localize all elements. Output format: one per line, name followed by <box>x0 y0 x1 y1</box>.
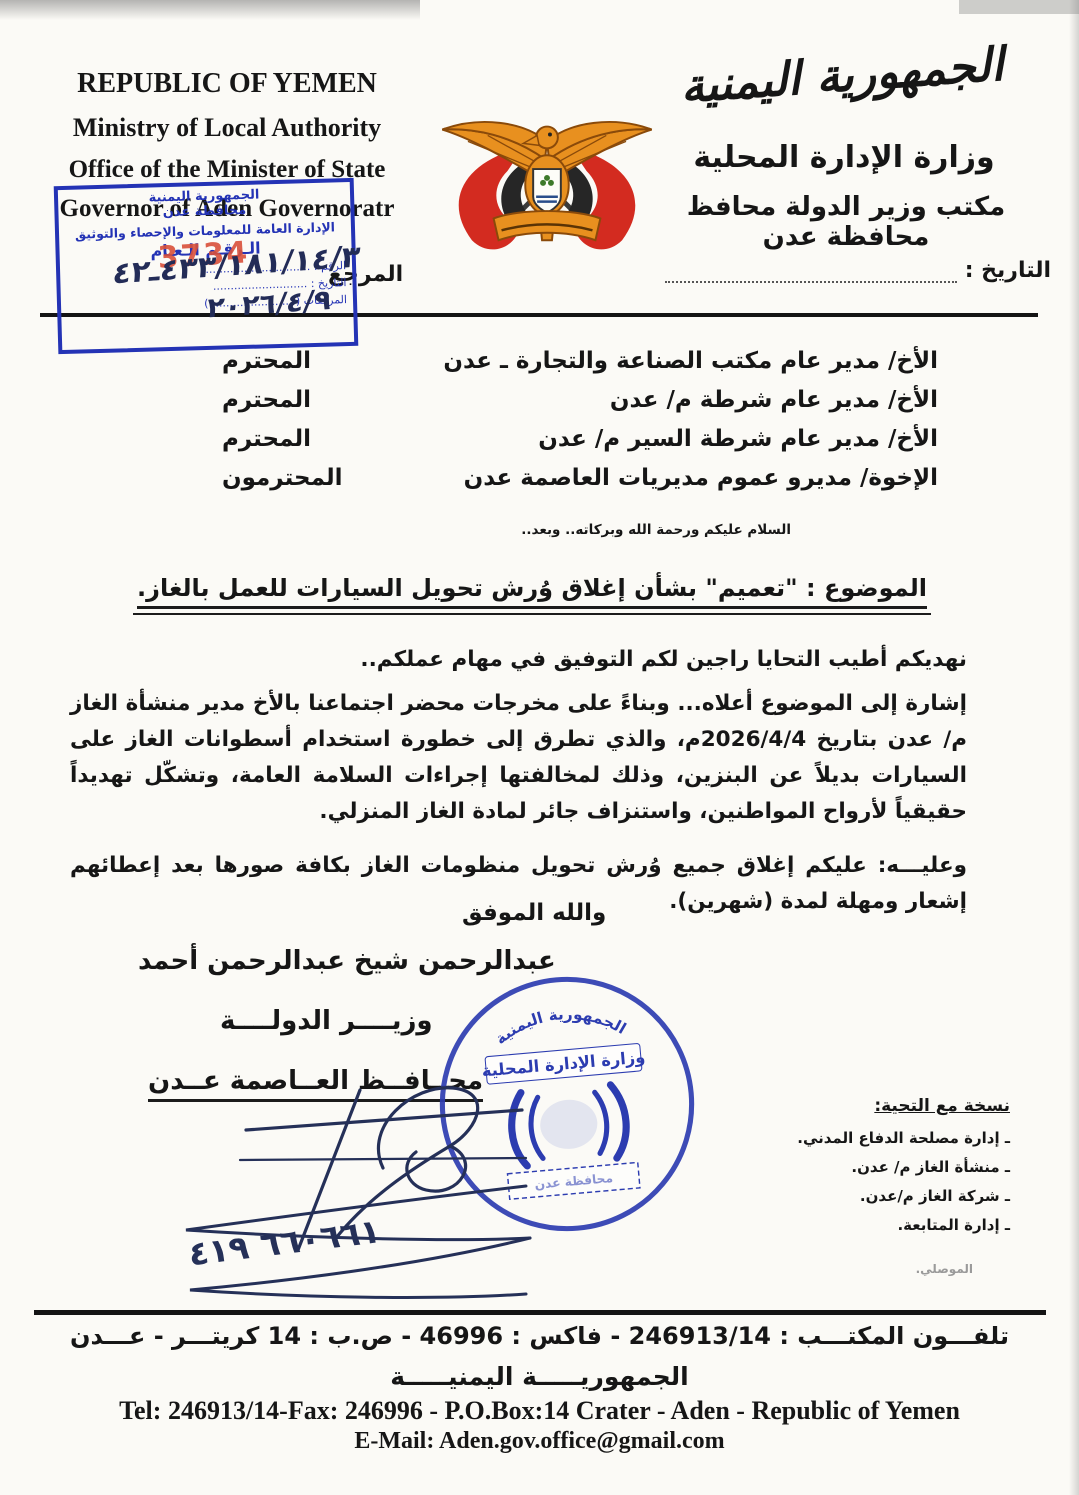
greeting-line: السلام عليكم ورحمة الله وبركاته.. وبعد.. <box>521 522 791 538</box>
english-ministry-line: Ministry of Local Authority <box>38 115 416 141</box>
faint-clerk-note: الموصلي. <box>916 1262 973 1276</box>
arabic-ministry-line: وزارة الإدارة المحلية <box>669 140 1019 175</box>
signature-handwritten-digits: ٦٦٠٦٦١ ٤١٩ <box>186 1211 382 1273</box>
scan-shadow-top <box>0 0 420 20</box>
header-date-row: التاريخ : <box>665 258 1051 283</box>
recipient-name: الأخ/ مدير عام شرطة السير م/ عدن <box>538 426 938 452</box>
cc-list: نسخة مع التحية: ـ إدارة مصلحة الدفاع الم… <box>740 1096 1010 1240</box>
cc-item: ـ منشأة الغاز م/ عدن. <box>740 1153 1010 1182</box>
recipient-list: الأخ/ مدير عام مكتب الصناعة والتجارة ـ ع… <box>222 348 938 504</box>
header-date-dotted-line <box>665 261 957 283</box>
recipient-name: الإخوة/ مديرو عموم مديريات العاصمة عدن <box>464 465 938 491</box>
recipient-honorific: المحترم <box>222 387 311 413</box>
recipient-row: الأخ/ مدير عام مكتب الصناعة والتجارة ـ ع… <box>222 348 938 374</box>
yemen-coat-of-arms-icon <box>428 90 666 258</box>
recipient-honorific: المحترم <box>222 348 311 374</box>
scan-shadow-corner <box>959 0 1079 14</box>
scanned-letter-page: REPUBLIC OF YEMEN Ministry of Local Auth… <box>0 0 1079 1495</box>
recipient-name: الأخ/ مدير عام شرطة م/ عدن <box>610 387 938 413</box>
recipient-honorific: المحترمون <box>222 465 343 491</box>
handwritten-signature: ٦٦٠٦٦١ ٤١٩ <box>128 1068 568 1308</box>
round-stamp-arc-text: الجمهورية اليمنية <box>490 999 631 1048</box>
footer-contact-english: Tel: 246913/14-Fax: 246996 - P.O.Box:14 … <box>0 1396 1079 1426</box>
signatory-title-minister: وزيــــر الدولــــة <box>220 1006 433 1036</box>
english-country-line: REPUBLIC OF YEMEN <box>38 70 416 98</box>
cc-item: ـ إدارة المتابعة. <box>740 1211 1010 1240</box>
body-paragraph-reference: إشارة إلى الموضوع أعلاه... وبناءً على مخ… <box>70 686 967 830</box>
arabic-office-line: مكتب وزير الدولة محافظ محافظة عدن <box>631 192 1061 252</box>
body-paragraph-salutation: نهديكم أطيب التحايا راجين لكم التوفيق في… <box>70 642 967 678</box>
letter-body: نهديكم أطيب التحايا راجين لكم التوفيق في… <box>70 642 967 922</box>
header-date-label: التاريخ : <box>965 258 1051 283</box>
recipient-row: الإخوة/ مديرو عموم مديريات العاصمة عدن ا… <box>222 465 938 491</box>
arabic-country-calligraphy: الجمهورية اليمنية <box>656 35 1029 115</box>
svg-text:الجمهورية اليمنية: الجمهورية اليمنية <box>490 999 631 1048</box>
footer-contact-arabic: تلفـــون المكتـــب : 246913/14 - فاكس : … <box>0 1322 1079 1350</box>
cc-item: ـ شركة الغاز م/عدن. <box>740 1182 1010 1211</box>
scan-shadow-right <box>1069 0 1079 1495</box>
cc-item: ـ إدارة مصلحة الدفاع المدني. <box>740 1124 1010 1153</box>
footer-divider-rule <box>34 1310 1046 1315</box>
recipient-name: الأخ/ مدير عام مكتب الصناعة والتجارة ـ ع… <box>443 348 938 374</box>
english-office-line: Office of the Minister of State <box>38 157 416 182</box>
recipient-honorific: المحترم <box>222 426 311 452</box>
recipient-row: الأخ/ مدير عام شرطة م/ عدن المحترم <box>222 387 938 413</box>
footer-email: E-Mail: Aden.gov.office@gmail.com <box>0 1428 1079 1455</box>
subject-line: الموضوع : "تعميم" بشأن إغلاق وُرش تحويل … <box>137 574 927 609</box>
cc-title: نسخة مع التحية: <box>740 1096 1010 1116</box>
footer-country-arabic: الجمهوريـــــة اليمنيـــــة <box>0 1362 1079 1391</box>
recipient-row: الأخ/ مدير عام شرطة السير م/ عدن المحترم <box>222 426 938 452</box>
closing-phrase: والله الموفق <box>462 900 606 926</box>
